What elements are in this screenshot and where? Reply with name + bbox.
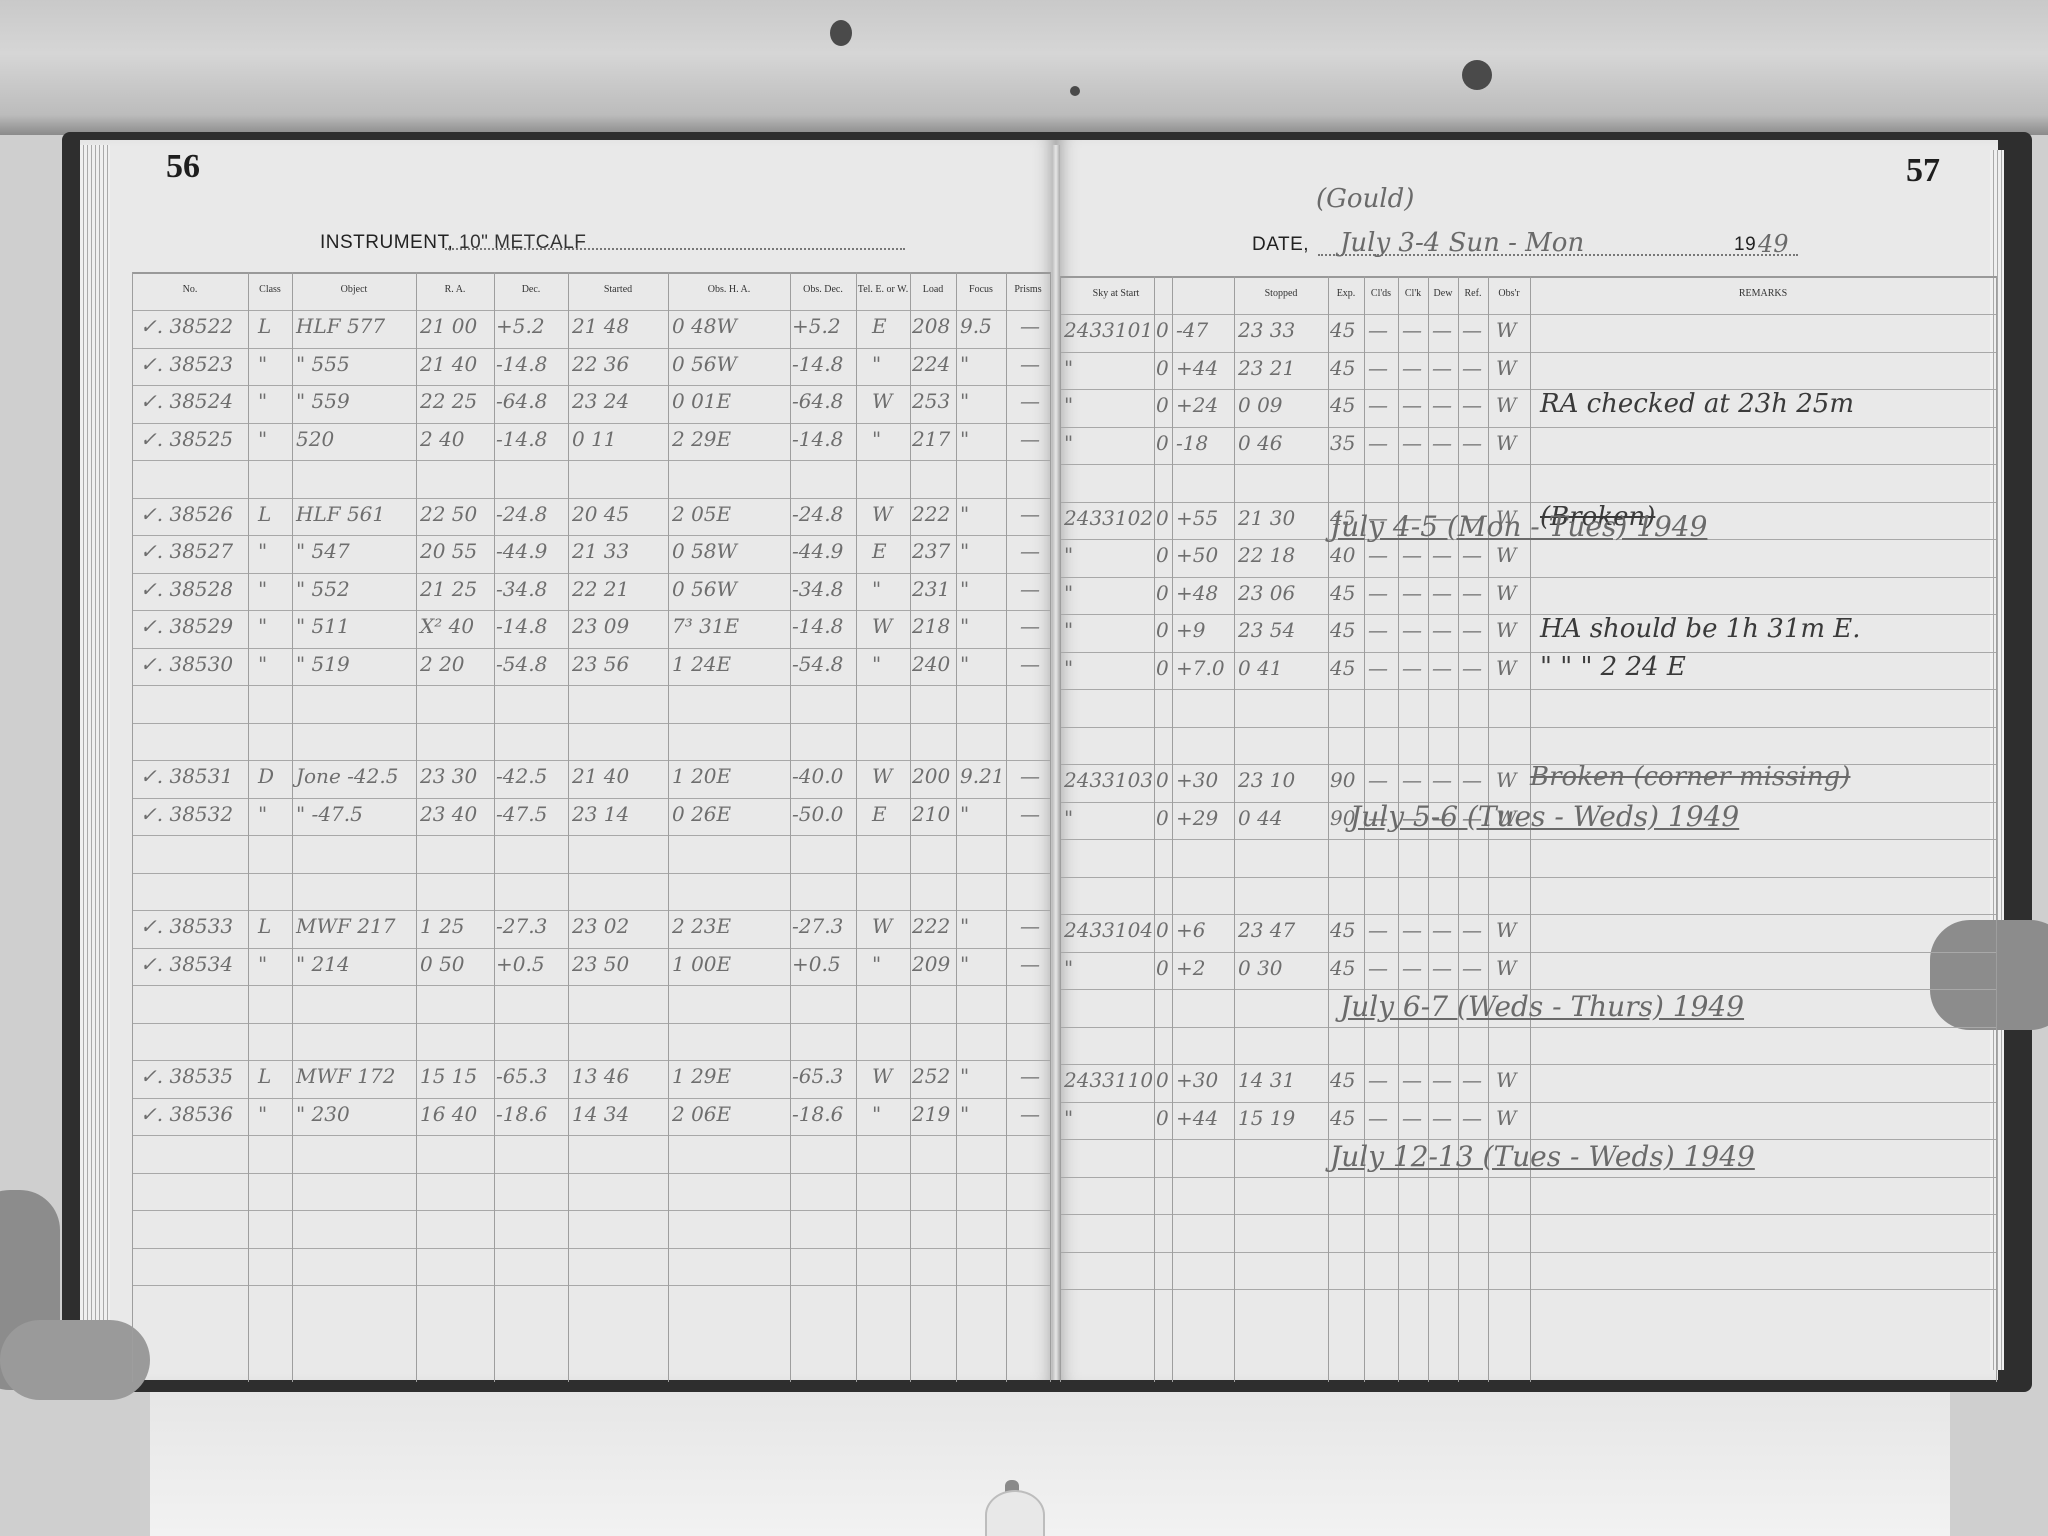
ruled-line [132,985,1050,986]
table-cell-dew: — [1432,318,1452,342]
table-cell-clds: — [1368,656,1388,680]
table-cell-tel: W [872,1064,893,1088]
table-cell-sky: " [1064,956,1073,980]
column-divider [292,272,293,1382]
table-cell-obs_dec: -44.9 [792,539,843,563]
table-cell-class: " [258,427,267,451]
table-cell-no: ✓. 38531 [140,764,233,788]
table-cell-load: 222 [912,502,950,526]
ruled-line [132,423,1050,424]
table-cell-stopped: 0 46 [1238,431,1283,455]
table-cell-clds: — [1368,356,1388,380]
header-top-rule [1060,276,1996,278]
table-cell-obs_ha: 2 06E [672,1102,731,1126]
table-cell-started: 20 45 [572,502,629,526]
table-cell-prisms: — [1020,952,1040,976]
table-cell-clds: — [1368,431,1388,455]
column-divider [1154,276,1155,1382]
table-cell-obs_dec: -65.3 [792,1064,843,1088]
table-cell-s2: +6 [1176,918,1205,942]
table-cell-obs_ha: 2 29E [672,427,731,451]
table-cell-sky: " [1064,656,1073,680]
table-cell-obs_ha: 0 56W [672,352,737,376]
table-cell-tel: W [872,764,893,788]
table-cell-s1: 0 [1156,581,1169,605]
table-cell-obsr: W [1496,356,1517,380]
table-cell-focus: " [960,427,969,451]
table-cell-clk: — [1402,543,1422,567]
ruled-line [132,873,1050,874]
table-cell-exp: 45 [1330,956,1355,980]
table-cell-obs_dec: -24.8 [792,502,843,526]
table-cell-dec: -65.3 [496,1064,547,1088]
table-cell-load: 218 [912,614,950,638]
table-cell-s2: +30 [1176,768,1218,792]
date-label: DATE, [1252,234,1309,256]
table-cell-exp: 45 [1330,1106,1355,1130]
table-cell-dew: — [1432,431,1452,455]
ruled-line [132,1098,1050,1099]
column-header: R. A. [416,284,494,295]
ruled-line [1060,764,1996,765]
table-cell-ref: — [1462,393,1482,417]
table-cell-s1: 0 [1156,806,1169,830]
ruled-line [1060,689,1996,690]
ruled-line [132,910,1050,911]
table-cell-load: 240 [912,652,950,676]
table-cell-no: ✓. 38534 [140,952,233,976]
table-cell-exp: 45 [1330,656,1355,680]
table-cell-class: " [258,539,267,563]
table-cell-tel: W [872,614,893,638]
table-cell-obsr: W [1496,956,1517,980]
table-cell-s1: 0 [1156,431,1169,455]
table-cell-s2: -47 [1176,318,1208,342]
table-cell-obs_dec: -14.8 [792,352,843,376]
table-cell-clds: — [1368,1106,1388,1130]
table-cell-no: ✓. 38529 [140,614,233,638]
table-cell-started: 23 02 [572,914,629,938]
table-cell-dew: — [1432,918,1452,942]
ruled-line [132,348,1050,349]
table-cell-obs_ha: 0 26E [672,802,731,826]
table-cell-obs_dec: -64.8 [792,389,843,413]
table-cell-clk: — [1402,768,1422,792]
table-cell-load: 237 [912,539,950,563]
column-divider [132,272,133,1382]
ruled-line [132,535,1050,536]
column-header: Obs. Dec. [790,284,856,295]
wooden-shelf [0,0,2048,135]
table-cell-clk: — [1402,431,1422,455]
table-cell-ra: 15 15 [420,1064,477,1088]
table-cell-focus: " [960,352,969,376]
table-cell-clk: — [1402,356,1422,380]
table-cell-focus: " [960,577,969,601]
ruled-line [1060,314,1996,315]
table-cell-ra: 22 25 [420,389,477,413]
table-cell-clk: — [1402,581,1422,605]
ruled-line [1060,427,1996,428]
table-cell-dew: — [1432,768,1452,792]
table-cell-focus: 9.21 [960,764,1005,788]
table-cell-obs_dec: -18.6 [792,1102,843,1126]
ruled-line [132,310,1050,311]
table-cell-ref: — [1462,618,1482,642]
table-cell-dec: -34.8 [496,577,547,601]
table-cell-started: 23 14 [572,802,629,826]
column-divider [856,272,857,1382]
column-header: Obs'r [1488,288,1530,299]
table-cell-exp: 90 [1330,768,1355,792]
table-cell-started: 21 40 [572,764,629,788]
table-cell-prisms: — [1020,614,1040,638]
table-cell-obs_ha: 2 23E [672,914,731,938]
column-divider [1060,276,1061,1382]
wood-knot [1462,60,1492,90]
table-cell-no: ✓. 38536 [140,1102,233,1126]
table-cell-dew: — [1432,356,1452,380]
column-divider [910,272,911,1382]
table-cell-s2: +30 [1176,1068,1218,1092]
table-cell-obs_dec: -54.8 [792,652,843,676]
table-cell-started: 21 48 [572,314,629,338]
table-cell-clds: — [1368,618,1388,642]
ruled-line [1060,352,1996,353]
ruled-line [1060,1102,1996,1103]
column-header: Prisms [1006,284,1050,295]
column-header: Stopped [1234,288,1328,299]
table-cell-dec: -24.8 [496,502,547,526]
table-cell-focus: " [960,539,969,563]
table-cell-no: ✓. 38532 [140,802,233,826]
table-cell-dec: -14.8 [496,352,547,376]
right-thumb [1930,920,2048,1030]
table-cell-s2: +9 [1176,618,1205,642]
table-cell-s2: +55 [1176,506,1218,530]
table-cell-s2: +50 [1176,543,1218,567]
table-cell-dec: -14.8 [496,614,547,638]
date-heading: July 12-13 (Tues - Weds) 1949 [1330,1140,1755,1173]
ruled-line [1060,652,1996,653]
table-cell-clds: — [1368,918,1388,942]
table-cell-dec: -14.8 [496,427,547,451]
table-cell-obs_ha: 0 01E [672,389,731,413]
table-cell-ref: — [1462,956,1482,980]
table-cell-s2: +2 [1176,956,1205,980]
table-cell-no: ✓. 38524 [140,389,233,413]
column-header: REMARKS [1530,288,1996,299]
table-cell-focus: " [960,1064,969,1088]
table-cell-dec: -54.8 [496,652,547,676]
table-cell-obs_dec: +0.5 [792,952,841,976]
table-cell-clds: — [1368,956,1388,980]
table-cell-ra: 0 50 [420,952,465,976]
table-cell-clk: — [1402,1068,1422,1092]
date-heading: July 5-6 (Tues - Weds) 1949 [1350,800,1739,833]
date-value: July 3-4 Sun - Mon [1340,228,1584,258]
table-cell-clk: — [1402,918,1422,942]
column-divider [956,272,957,1382]
column-header: Dew [1428,288,1458,299]
table-cell-class: " [258,577,267,601]
ruled-line [1060,389,1996,390]
table-cell-object: Jone -42.5 [296,764,398,788]
table-cell-ref: — [1462,318,1482,342]
table-cell-clds: — [1368,768,1388,792]
table-cell-obs_ha: 7³ 31E [672,614,739,638]
table-cell-clds: — [1368,1068,1388,1092]
table-cell-ra: 21 40 [420,352,477,376]
remark-text: " " " 2 24 E [1540,652,1686,682]
table-cell-prisms: — [1020,389,1040,413]
table-cell-started: 22 21 [572,577,629,601]
column-header: Dec. [494,284,568,295]
lower-board [150,1390,1950,1536]
table-cell-clk: — [1402,318,1422,342]
table-cell-exp: 40 [1330,543,1355,567]
table-cell-s1: 0 [1156,1106,1169,1130]
table-cell-obsr: W [1496,543,1517,567]
table-cell-ra: X² 40 [420,614,474,638]
ruled-line [132,835,1050,836]
table-cell-tel: " [872,427,881,451]
column-header: Ref. [1458,288,1488,299]
table-cell-no: ✓. 38533 [140,914,233,938]
table-cell-prisms: — [1020,427,1040,451]
ruled-line [132,1285,1050,1286]
table-cell-obs_dec: -40.0 [792,764,843,788]
table-cell-object: " 230 [296,1102,350,1126]
table-cell-object: " 511 [296,614,350,638]
table-cell-stopped: 23 06 [1238,581,1295,605]
page-number-right: 57 [1906,152,1940,190]
header-top-rule [132,272,1050,274]
table-cell-prisms: — [1020,352,1040,376]
table-cell-ra: 22 50 [420,502,477,526]
table-cell-load: 217 [912,427,950,451]
table-cell-s1: 0 [1156,506,1169,530]
table-cell-prisms: — [1020,577,1040,601]
table-cell-stopped: 0 44 [1238,806,1283,830]
table-cell-class: L [258,1064,271,1088]
table-cell-clk: — [1402,1106,1422,1130]
ruled-line [1060,1064,1996,1065]
table-cell-ref: — [1462,918,1482,942]
column-divider [668,272,669,1382]
date-heading: July 4-5 (Mon - Tues) 1949 [1330,510,1707,543]
table-cell-focus: " [960,652,969,676]
table-cell-ref: — [1462,656,1482,680]
table-cell-sky: 2433104 [1064,918,1153,942]
table-cell-stopped: 0 30 [1238,956,1283,980]
table-cell-obsr: W [1496,1106,1517,1130]
page-edges-right [1990,150,2004,1370]
column-header: Obs. H. A. [668,284,790,295]
table-cell-ref: — [1462,431,1482,455]
table-cell-tel: E [872,802,887,826]
table-cell-stopped: 23 47 [1238,918,1295,942]
ruled-line [132,460,1050,461]
table-cell-s2: +29 [1176,806,1218,830]
ruled-line [132,685,1050,686]
table-cell-class: " [258,952,267,976]
table-cell-tel: E [872,314,887,338]
table-cell-obsr: W [1496,656,1517,680]
table-cell-s2: +44 [1176,1106,1218,1130]
knob [985,1490,1045,1536]
table-cell-stopped: 23 54 [1238,618,1295,642]
table-cell-tel: W [872,914,893,938]
table-cell-dec: -64.8 [496,389,547,413]
column-divider [1996,276,1997,1382]
ruled-line [132,723,1050,724]
table-cell-sky: " [1064,581,1073,605]
ruled-line [132,648,1050,649]
instrument-dotted-line [445,248,905,250]
table-cell-clds: — [1368,393,1388,417]
table-cell-s1: 0 [1156,356,1169,380]
table-cell-sky: 2433110 [1064,1068,1153,1092]
ruled-line [132,1023,1050,1024]
date-year-prefix: 19 [1734,234,1756,256]
column-divider [1050,272,1051,1382]
column-header: Cl'k [1398,288,1428,299]
table-cell-ref: — [1462,543,1482,567]
ruled-line [1060,577,1996,578]
ruled-line [1060,1289,1996,1290]
column-header: Cl'ds [1364,288,1398,299]
ruled-line [1060,839,1996,840]
table-cell-sky: " [1064,356,1073,380]
table-cell-tel: E [872,539,887,563]
table-cell-class: L [258,314,271,338]
ruled-line [1060,1214,1996,1215]
table-cell-obs_ha: 1 00E [672,952,731,976]
table-cell-prisms: — [1020,1102,1040,1126]
table-cell-clk: — [1402,956,1422,980]
table-cell-class: " [258,389,267,413]
table-cell-exp: 35 [1330,431,1355,455]
table-cell-started: 21 33 [572,539,629,563]
table-cell-obsr: W [1496,1068,1517,1092]
table-cell-ra: 16 40 [420,1102,477,1126]
table-cell-dec: -27.3 [496,914,547,938]
column-divider [790,272,791,1382]
ruled-line [132,760,1050,761]
table-cell-ra: 21 00 [420,314,477,338]
table-cell-stopped: 23 10 [1238,768,1295,792]
table-cell-no: ✓. 38528 [140,577,233,601]
table-cell-exp: 45 [1330,918,1355,942]
table-cell-s1: 0 [1156,956,1169,980]
table-cell-object: " 519 [296,652,350,676]
table-cell-obsr: W [1496,618,1517,642]
table-cell-focus: " [960,502,969,526]
table-cell-load: 219 [912,1102,950,1126]
table-cell-object: " 559 [296,389,350,413]
table-cell-dec: +5.2 [496,314,545,338]
book-spine [1052,145,1060,1380]
table-cell-object: " 552 [296,577,350,601]
table-cell-sky: " [1064,806,1073,830]
table-cell-dew: — [1432,656,1452,680]
table-cell-focus: 9.5 [960,314,992,338]
table-cell-obs_dec: -34.8 [792,577,843,601]
table-cell-ra: 2 40 [420,427,465,451]
table-cell-s1: 0 [1156,918,1169,942]
table-cell-no: ✓. 38525 [140,427,233,451]
table-cell-obsr: W [1496,581,1517,605]
ruled-line [1060,1027,1996,1028]
table-cell-ref: — [1462,1068,1482,1092]
table-cell-clk: — [1402,618,1422,642]
ruled-line [1060,952,1996,953]
table-cell-obs_ha: 0 48W [672,314,737,338]
table-cell-dew: — [1432,581,1452,605]
table-cell-ref: — [1462,581,1482,605]
table-cell-no: ✓. 38526 [140,502,233,526]
table-cell-no: ✓. 38535 [140,1064,233,1088]
table-cell-exp: 45 [1330,318,1355,342]
table-cell-object: MWF 217 [296,914,395,938]
ruled-line [1060,914,1996,915]
remark-text: RA checked at 23h 25m [1540,389,1854,419]
table-cell-ra: 23 40 [420,802,477,826]
table-cell-load: 252 [912,1064,950,1088]
table-cell-dec: -44.9 [496,539,547,563]
table-cell-dew: — [1432,1068,1452,1092]
table-cell-obsr: W [1496,318,1517,342]
table-cell-s2: +24 [1176,393,1218,417]
table-cell-prisms: — [1020,539,1040,563]
table-cell-exp: 45 [1330,581,1355,605]
table-cell-load: 200 [912,764,950,788]
column-header: Exp. [1328,288,1364,299]
table-cell-object: " 547 [296,539,350,563]
table-cell-dew: — [1432,1106,1452,1130]
table-cell-prisms: — [1020,652,1040,676]
table-cell-exp: 45 [1330,356,1355,380]
ruled-line [1060,1252,1996,1253]
table-cell-tel: " [872,652,881,676]
wood-knot [830,20,852,46]
ruled-line [1060,502,1996,503]
table-cell-load: 210 [912,802,950,826]
table-cell-s1: 0 [1156,318,1169,342]
table-cell-started: 22 36 [572,352,629,376]
table-cell-clds: — [1368,318,1388,342]
page-edges-left [80,145,110,1375]
table-cell-obsr: W [1496,393,1517,417]
column-divider [1234,276,1235,1382]
annotation-gould: (Gould) [1316,184,1414,214]
ruled-line [132,1135,1050,1136]
table-cell-object: " 214 [296,952,350,976]
table-cell-exp: 45 [1330,618,1355,642]
column-header: Object [292,284,416,295]
table-cell-obs_ha: 0 58W [672,539,737,563]
table-cell-focus: " [960,952,969,976]
table-cell-ref: — [1462,356,1482,380]
table-cell-obs_ha: 1 29E [672,1064,731,1088]
column-divider [1006,272,1007,1382]
column-divider [494,272,495,1382]
table-cell-stopped: 15 19 [1238,1106,1295,1130]
instrument-field: INSTRUMENT, 10" METCALF [320,232,586,254]
remark-text: HA should be 1h 31m E. [1540,614,1861,644]
column-header: Load [910,284,956,295]
